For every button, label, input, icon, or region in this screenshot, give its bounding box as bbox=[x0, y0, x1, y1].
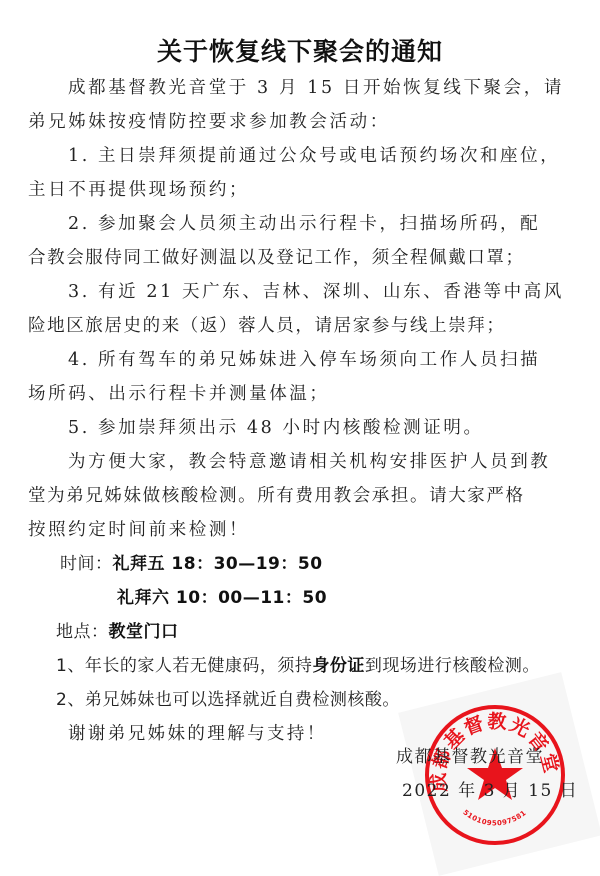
rule-5-line-1: 5. 参加崇拜须出示 48 小时内核酸检测证明。 bbox=[68, 417, 484, 439]
time-slot-saturday: 礼拜六 10：00—11：50 bbox=[117, 587, 327, 609]
rule-2-line-1: 2. 参加聚会人员须主动出示行程卡，扫描场所码，配 bbox=[68, 213, 540, 235]
time-slot-friday: 礼拜五 18：30—19：50 bbox=[113, 554, 323, 574]
location-row: 地点：教堂门口 bbox=[56, 621, 179, 643]
svg-text:5101095097581: 5101095097581 bbox=[461, 808, 528, 827]
intro-line-2: 弟兄姊妹按疫情防控要求参加教会活动： bbox=[28, 111, 390, 133]
location-label: 地点： bbox=[56, 622, 109, 642]
signature: 成都基督教光音堂 bbox=[396, 746, 544, 768]
testing-line-3: 按照约定时间前来检测！ bbox=[28, 519, 249, 541]
rule-4-line-2: 场所码、出示行程卡并测量体温； bbox=[28, 383, 330, 405]
signature-date: 2022 年 3 月 15 日 bbox=[402, 780, 578, 802]
note-1-suffix: 到现场进行核酸检测。 bbox=[365, 656, 540, 676]
note-1: 1、年长的家人若无健康码，须持身份证到现场进行核酸检测。 bbox=[56, 655, 540, 677]
notice-title: 关于恢复线下聚会的通知 bbox=[0, 32, 600, 68]
rule-1-line-1: 1. 主日崇拜须提前通过公众号或电话预约场次和座位， bbox=[68, 145, 560, 167]
time-label: 时间： bbox=[60, 554, 113, 574]
location-value: 教堂门口 bbox=[109, 622, 179, 642]
rule-2-line-2: 合教会服侍同工做好测温以及登记工作，须全程佩戴口罩； bbox=[28, 247, 525, 269]
testing-line-1: 为方便大家，教会特意邀请相关机构安排医护人员到教 bbox=[68, 451, 550, 473]
thanks-line: 谢谢弟兄姊妹的理解与支持！ bbox=[68, 723, 327, 745]
rule-3-line-1: 3. 有近 21 天广东、吉林、深圳、山东、香港等中高风 bbox=[68, 281, 564, 303]
schedule-time-row: 时间：礼拜五 18：30—19：50 bbox=[60, 553, 323, 575]
rule-3-line-2: 险地区旅居史的来（返）蓉人员，请居家参与线上崇拜； bbox=[28, 315, 506, 337]
testing-line-2: 堂为弟兄姊妹做核酸检测。所有费用教会承担。请大家严格 bbox=[28, 485, 525, 507]
note-1-prefix: 1、年长的家人若无健康码，须持 bbox=[56, 656, 312, 676]
church-seal-icon: 成都基督教光音堂 5101095097581 bbox=[420, 700, 570, 850]
rule-4-line-1: 4. 所有驾车的弟兄姊妹进入停车场须向工作人员扫描 bbox=[68, 349, 540, 371]
intro-line-1: 成都基督教光音堂于 3 月 15 日开始恢复线下聚会，请 bbox=[68, 77, 564, 99]
note-2: 2、弟兄姊妹也可以选择就近自费检测核酸。 bbox=[56, 689, 400, 711]
note-1-id-card: 身份证 bbox=[312, 656, 365, 676]
rule-1-line-2: 主日不再提供现场预约； bbox=[28, 179, 249, 201]
